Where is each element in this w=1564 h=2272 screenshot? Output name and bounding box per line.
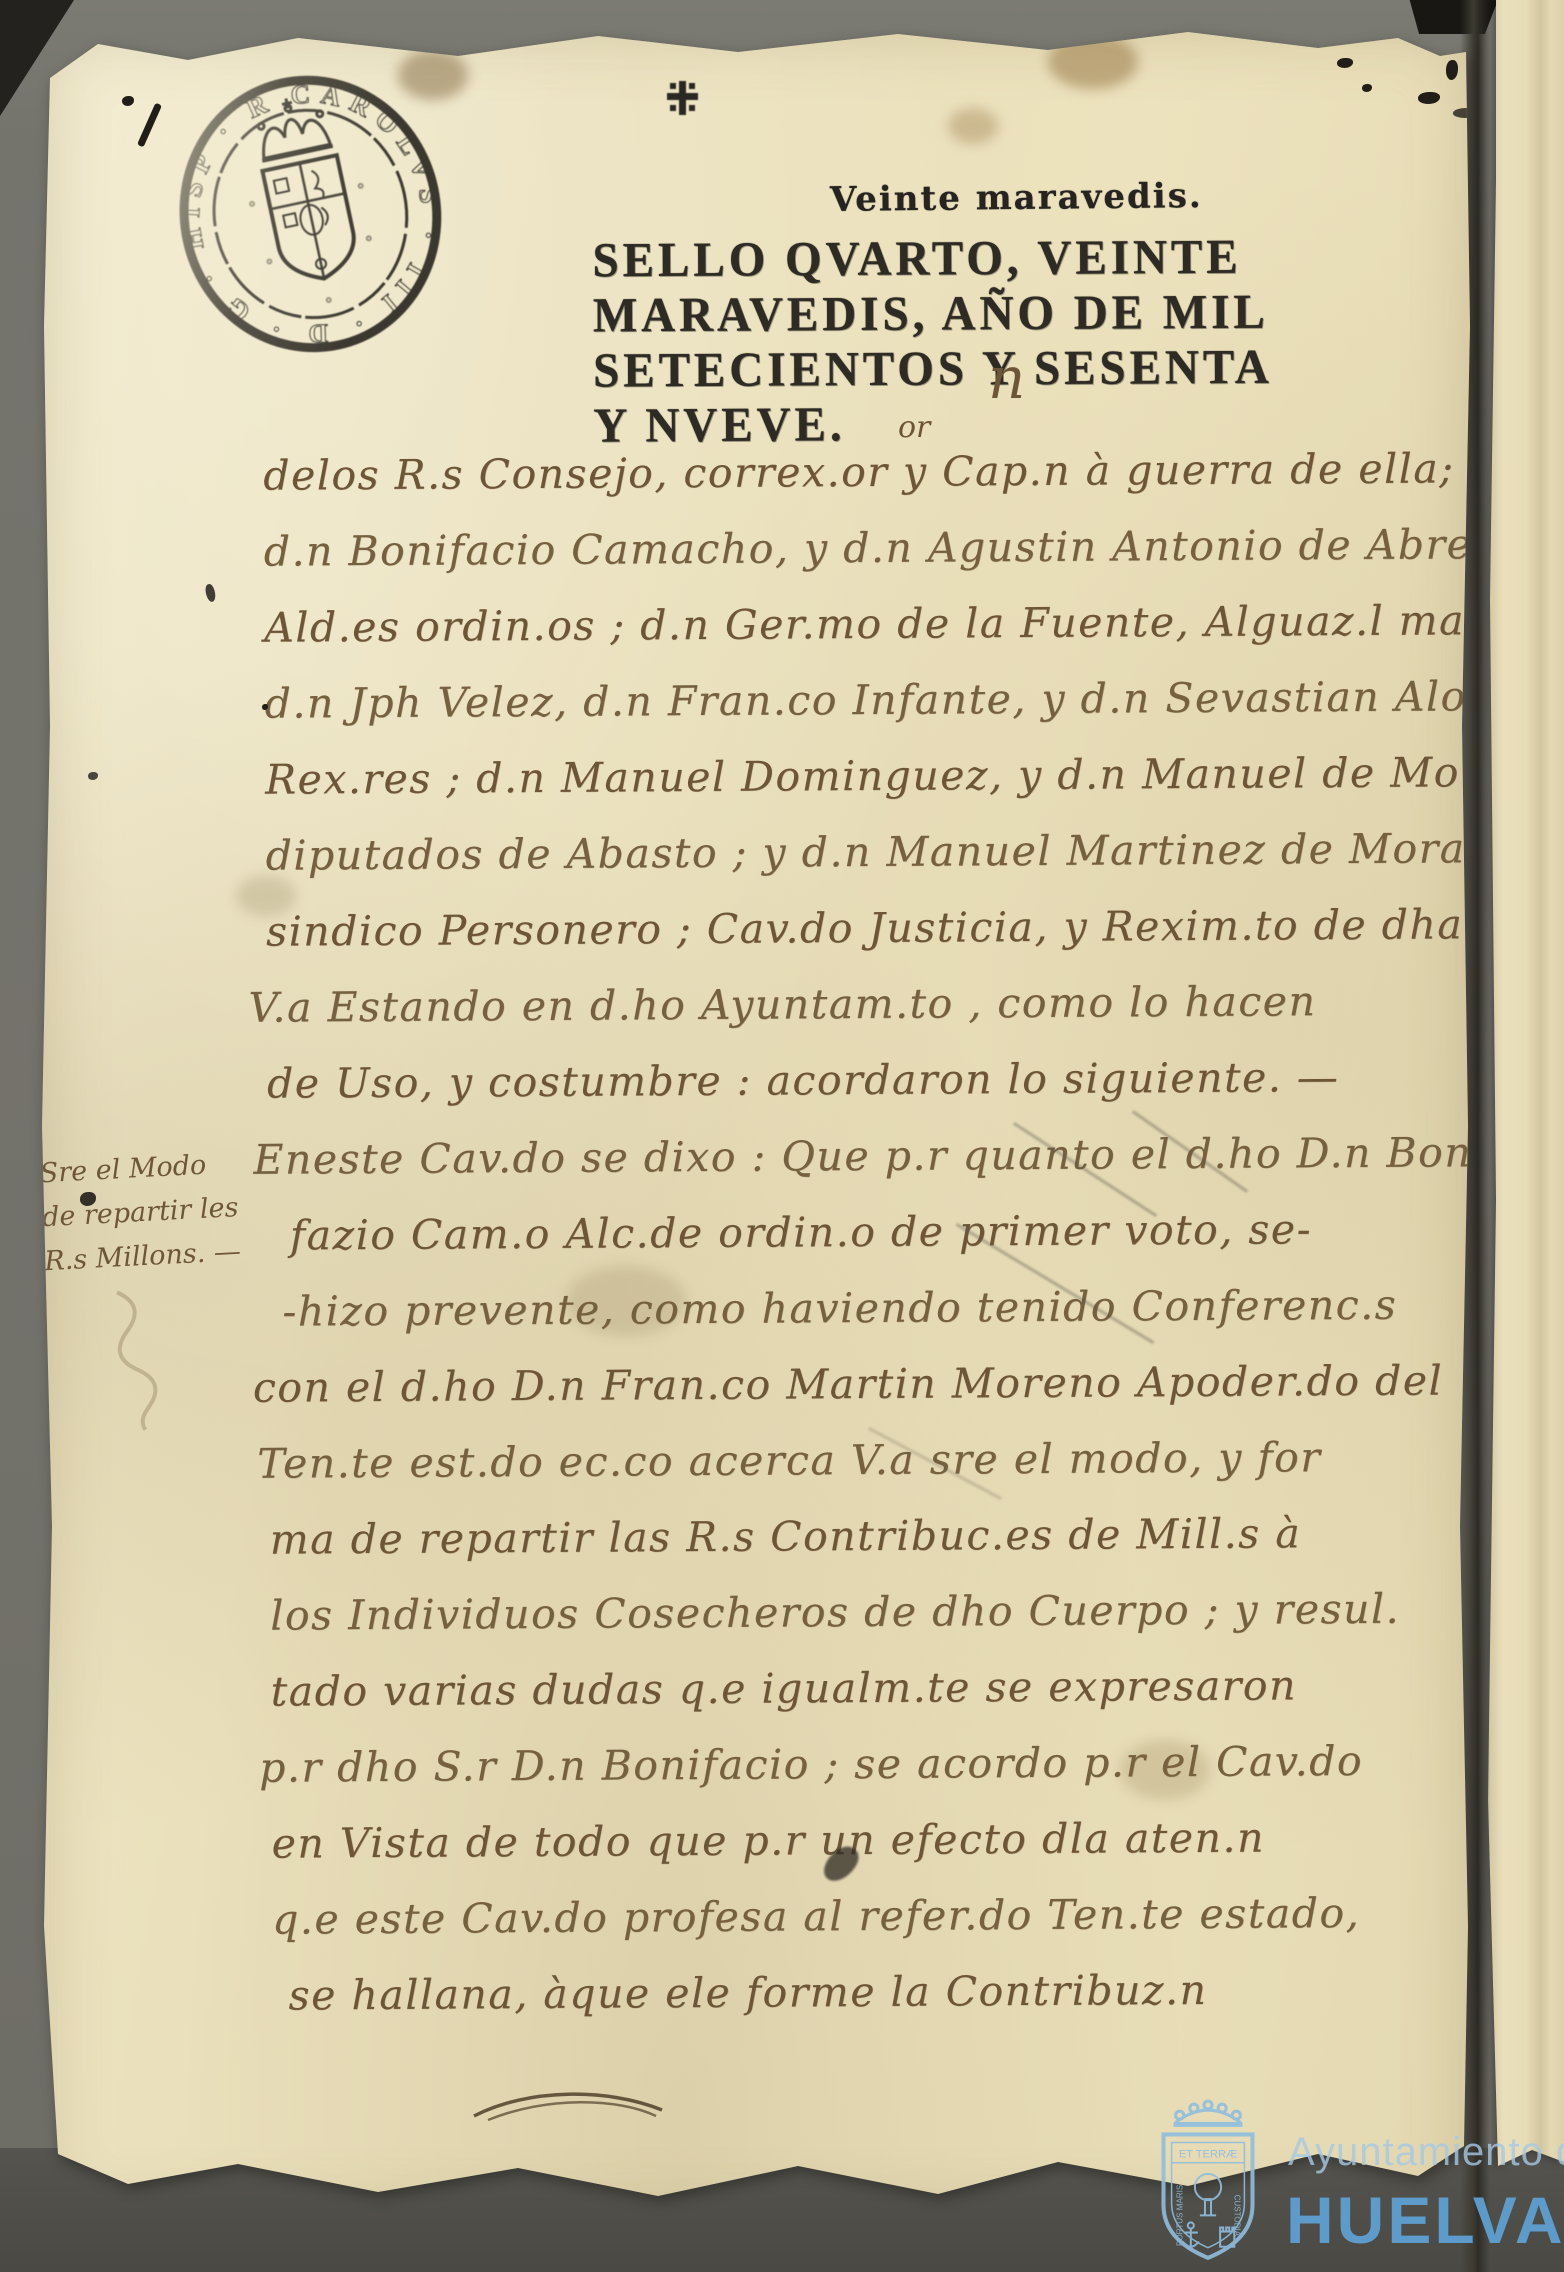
sello-printed-block: SELLO QVARTO, VEINTE MARAVEDIS, AÑO DE M… <box>592 230 1273 454</box>
watermark-org-name: HUELVA <box>1286 2182 1564 2258</box>
ink-speck <box>1446 60 1458 80</box>
manuscript-line: ma de repartir las R.s Contribuc.es de M… <box>270 1508 1465 1591</box>
interlinear-mark: n <box>988 344 1025 412</box>
manuscript-line: con el d.ho D.n Fran.co Martin Moreno Ap… <box>253 1356 1464 1439</box>
paper-stain <box>236 876 296 916</box>
next-folio-edge <box>1486 0 1564 2272</box>
ink-speck <box>204 583 217 603</box>
paper-stain <box>948 108 998 144</box>
manuscript-line: en Vista de todo que p.r un efecto dla a… <box>271 1812 1466 1895</box>
shield-crown-icon <box>1174 2101 1243 2124</box>
ink-speck <box>1362 84 1372 92</box>
duty-line: Veinte maravedis. <box>830 176 1203 220</box>
manuscript-page-wrap: CAROLVS · III · D · G · HISP · REX <box>38 26 1474 2222</box>
handwritten-body: delos R.s Consejo, correx.or y Cap.n à g… <box>263 444 1468 2047</box>
seal-coat-of-arms-icon <box>262 155 361 286</box>
ink-speck <box>1337 58 1353 68</box>
shield-tree-icon <box>1195 2174 1221 2215</box>
shield-motto-left: PORTUS MARIS <box>1176 2184 1185 2246</box>
manuscript-page: CAROLVS · III · D · G · HISP · REX <box>38 26 1474 2222</box>
manuscript-line: los Individuos Cosecheros de dho Cuerpo … <box>270 1584 1465 1667</box>
watermark-org-prefix: Ayuntamiento de <box>1288 2130 1564 2175</box>
ink-speck <box>122 96 134 106</box>
paper-stain <box>1120 1740 1210 1800</box>
paper-stain <box>398 50 468 100</box>
manuscript-line: de Uso, y costumbre : acordaron lo sigui… <box>267 1052 1462 1135</box>
bleedthrough-mark <box>87 1280 184 1440</box>
manuscript-line: Ald.es ordin.os ; d.n Ger.mo de la Fuent… <box>264 596 1459 679</box>
sello-line: SELLO QVARTO, VEINTE <box>592 230 1272 289</box>
manuscript-line: Eneste Cav.do se dixo : Que p.r quanto e… <box>253 1128 1462 1211</box>
margin-note: Sre el Modo de repartir les R.s Millons.… <box>39 1140 286 1284</box>
interlinear-mark: or <box>898 410 930 445</box>
manuscript-line: delos R.s Consejo, correx.or y Cap.n à g… <box>263 444 1458 527</box>
closing-flourish-icon <box>468 2082 668 2127</box>
shield-anchor-icon <box>1183 2222 1199 2246</box>
manuscript-line: p.r dho S.r D.n Bonifacio ; se acordo p.… <box>259 1736 1466 1819</box>
manuscript-line: d.n Bonifacio Camacho, y d.n Agustin Ant… <box>264 520 1459 603</box>
printers-cross-icon <box>664 78 700 120</box>
manuscript-line: diputados de Abasto ; y d.n Manuel Marti… <box>265 824 1460 907</box>
manuscript-line: d.n Jph Velez, d.n Fran.co Infante, y d.… <box>265 672 1460 755</box>
manuscript-line: fazio Cam.o Alc.de ordin.o de primer vot… <box>290 1204 1463 1287</box>
sello-line: SETECIENTOS Y SESENTA <box>593 340 1273 399</box>
manuscript-line: tado varias dudas q.e igualm.te se expre… <box>271 1660 1466 1743</box>
huelva-shield-icon: ET TERRÆ PORTUS MARIS CUSTODIA <box>1148 2094 1268 2272</box>
photo-background: CAROLVS · III · D · G · HISP · REX <box>0 0 1564 2272</box>
manuscript-line: V.a Estando en d.ho Ayuntam.to , como lo… <box>248 976 1461 1059</box>
sello-line: MARAVEDIS, AÑO DE MIL <box>593 285 1273 344</box>
manuscript-line: se hallana, àque ele forme la Contribuz.… <box>288 1964 1467 2047</box>
manuscript-line: -hizo prevente, como haviendo tenido Con… <box>282 1280 1463 1363</box>
ink-speck <box>1418 92 1440 104</box>
manuscript-line: sindico Personero ; Cav.do Justicia, y R… <box>266 900 1461 983</box>
huelva-watermark: ET TERRÆ PORTUS MARIS CUSTODIA Ayuntamie… <box>1128 2086 1564 2272</box>
manuscript-line: Ten.te est.do ec.co acerca V.a sre el mo… <box>257 1432 1464 1515</box>
paper-stain <box>566 1266 686 1336</box>
manuscript-line: q.e este Cav.do profesa al refer.do Ten.… <box>272 1888 1467 1971</box>
paper-stain <box>1048 34 1138 89</box>
ink-speck <box>88 772 98 780</box>
next-folio-wrap <box>1486 0 1564 2272</box>
shield-motto-top: ET TERRÆ <box>1179 2149 1237 2161</box>
manuscript-line: Rex.res ; d.n Manuel Dominguez, y d.n Ma… <box>265 748 1460 831</box>
